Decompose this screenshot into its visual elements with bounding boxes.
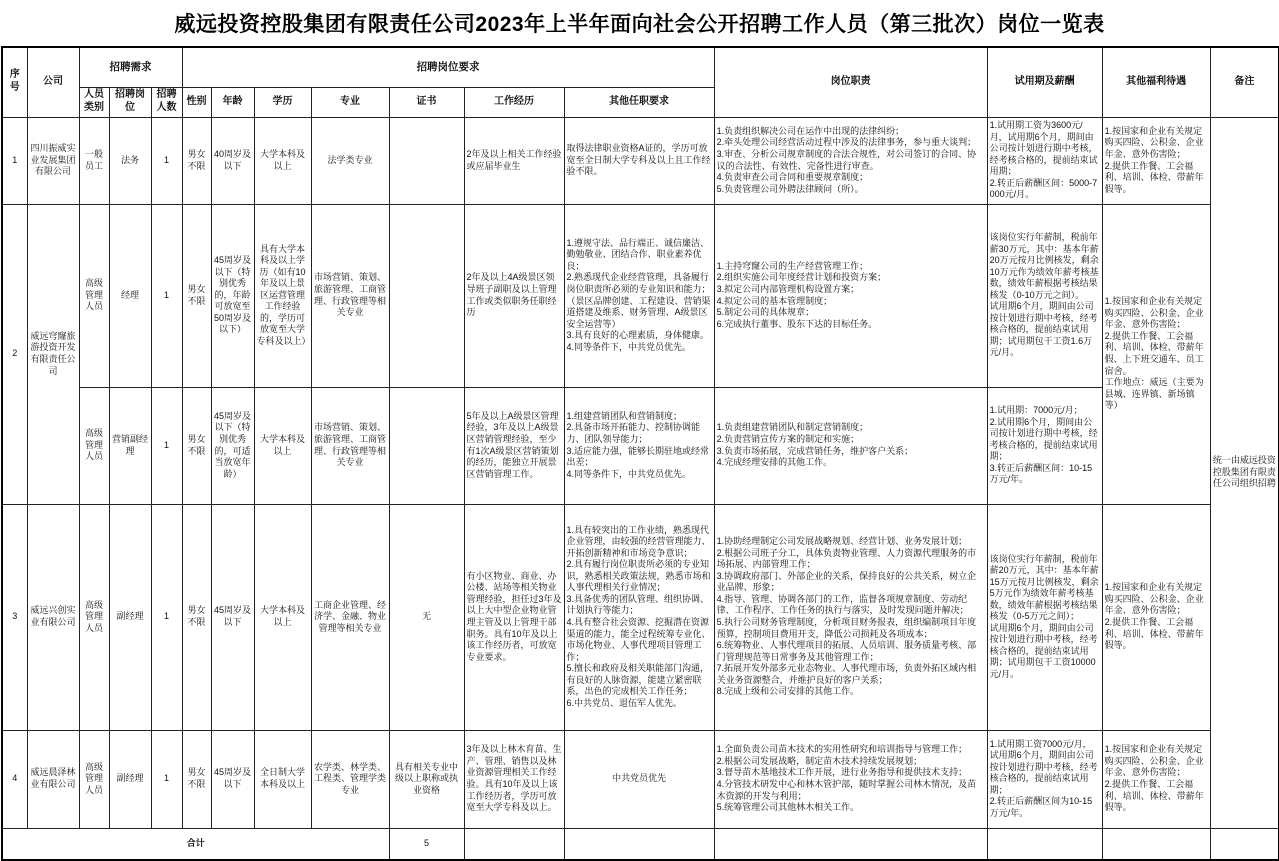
- r1-category: 一般员工: [79, 117, 109, 204]
- col-header-gender: 性别: [182, 87, 211, 117]
- r4-count: 1: [151, 730, 182, 828]
- r4-no: 4: [2, 730, 27, 828]
- r1-experience: 2年及以上相关工作经验或应届毕业生: [464, 117, 564, 204]
- total-empty-cell: [1210, 828, 1279, 860]
- r2b-education: 大学本科及以上: [254, 387, 311, 504]
- r3-other-req: 1.具有较突出的工作业绩，熟悉现代企业管理，由较强的经营管理能力、开拓创新精神和…: [564, 504, 714, 730]
- r2-welfare: 1.按国家和企业有关规定购买四险、公积金、企业年金、意外伤害险； 2.提供工作餐…: [1102, 204, 1210, 504]
- r2a-category: 高级管理人员: [79, 204, 109, 387]
- page-title: 威远投资控股集团有限责任公司2023年上半年面向社会公开招聘工作人员（第三批次）…: [0, 0, 1279, 46]
- r2b-experience: 5年及以上A级景区管理经验，3年及以上A级景区营销管理经验，至少有1次A级景区营…: [464, 387, 564, 504]
- col-header-position: 招聘岗位: [109, 87, 151, 117]
- r1-gender: 男女不限: [182, 117, 211, 204]
- r2a-age: 45周岁及以下（特别优秀的，年龄可放宽至50周岁及以下）: [211, 204, 254, 387]
- r2b-count: 1: [151, 387, 182, 504]
- r4-company: 威远晨泽林业有限公司: [27, 730, 79, 828]
- r2-no: 2: [2, 204, 27, 504]
- col-header-welfare: 其他福利待遇: [1102, 47, 1210, 117]
- r2a-position: 经理: [109, 204, 151, 387]
- recruitment-table: 序号 公司 招聘需求 招聘岗位要求 岗位职责 试用期及薪酬 其他福利待遇 备注 …: [1, 46, 1279, 861]
- r2b-duty: 1.负责组建营销团队和制定营销制度； 2.负责营销宣传方案的制定和实施； 3.负…: [714, 387, 987, 504]
- col-header-cert: 证书: [389, 87, 464, 117]
- r3-cert: 无: [389, 504, 464, 730]
- r4-age: 45周岁及以下: [211, 730, 254, 828]
- r3-duty: 1.协助经理制定公司发展战略规划、经营计划、业务发展计划； 2.根据公司班子分工…: [714, 504, 987, 730]
- r2b-cert: [389, 387, 464, 504]
- r2a-experience: 2年及以上4A级景区领导班子副职及以上管理工作或类似职务任职经历: [464, 204, 564, 387]
- r4-cert: 具有相关专业中级以上职称或执业资格: [389, 730, 464, 828]
- r2b-major: 市场营销、策划、旅游管理、工商管理、行政管理等相关专业: [311, 387, 389, 504]
- r3-category: 高级管理人员: [79, 504, 109, 730]
- r4-experience: 3年及以上林木育苗、生产、管理、销售以及林业资源管理相关工作经验。具有10年及以…: [464, 730, 564, 828]
- col-header-note: 备注: [1210, 47, 1279, 117]
- r1-count: 1: [151, 117, 182, 204]
- col-header-category: 人员类别: [79, 87, 109, 117]
- recruitment-sheet: 威远投资控股集团有限责任公司2023年上半年面向社会公开招聘工作人员（第三批次）…: [0, 0, 1279, 861]
- col-header-duty: 岗位职责: [714, 47, 987, 117]
- table-row: 高级管理人员 营销副经理 1 男女不限 45周岁及以下（特别优秀的，可适当放宽年…: [2, 387, 1279, 504]
- r3-no: 3: [2, 504, 27, 730]
- r1-age: 40周岁及以下: [211, 117, 254, 204]
- r2-company: 威远穹窿旅游投资开发有限责任公司: [27, 204, 79, 504]
- r2a-count: 1: [151, 204, 182, 387]
- r1-no: 1: [2, 117, 27, 204]
- col-group-demand: 招聘需求: [79, 47, 182, 87]
- table-row: 2 威远穹窿旅游投资开发有限责任公司 高级管理人员 经理 1 男女不限 45周岁…: [2, 204, 1279, 387]
- r2b-other-req: 1.组建营销团队和营销制度； 2.具备市场开拓能力、控制协调能力、团队领导能力；…: [564, 387, 714, 504]
- r4-salary: 1.试用期工资7000元/月，试用期6个月，期间由公司按计划进行期中考核，经考核…: [987, 730, 1102, 828]
- r1-other-req: 取得法律职业资格A证的，学历可放宽至全日制大学专科及以上且工作经验不限。: [564, 117, 714, 204]
- r2b-salary: 1.试用期：7000元/月； 2.试用期6个月，期间由公司按计划进行期中考核，经…: [987, 387, 1102, 504]
- r3-salary: 该岗位实行年薪制，税前年薪20万元，其中：基本年薪15万元按月比例核发，剩余5万…: [987, 504, 1102, 730]
- col-header-salary: 试用期及薪酬: [987, 47, 1102, 117]
- r4-welfare: 1.按国家和企业有关规定购买四险、公积金、企业年金、意外伤害险； 2.提供工作餐…: [1102, 730, 1210, 828]
- r4-other-req: 中共党员优先: [564, 730, 714, 828]
- header-group-row: 序号 公司 招聘需求 招聘岗位要求 岗位职责 试用期及薪酬 其他福利待遇 备注: [2, 47, 1279, 87]
- table-row: 1 四川振威实业发展集团有限公司 一般员工 法务 1 男女不限 40周岁及以下 …: [2, 117, 1279, 204]
- r3-experience: 有小区物业、商业、办公楼、站场等相关物业管理经验，担任过3年及以上大中型企业物业…: [464, 504, 564, 730]
- r3-count: 1: [151, 504, 182, 730]
- r2a-duty: 1.主持穹窿公司的生产经营管理工作； 2.组织实施公司年度经营计划和投资方案； …: [714, 204, 987, 387]
- r4-position: 副经理: [109, 730, 151, 828]
- r2a-gender: 男女不限: [182, 204, 211, 387]
- r3-company: 威远兴创实业有限公司: [27, 504, 79, 730]
- total-count: 5: [389, 828, 464, 860]
- total-label: 合计: [2, 828, 389, 860]
- r1-education: 大学本科及以上: [254, 117, 311, 204]
- r3-age: 45周岁及以下: [211, 504, 254, 730]
- r1-welfare: 1.按国家和企业有关规定购买四险、公积金、企业年金、意外伤害险； 2.提供工作餐…: [1102, 117, 1210, 204]
- r3-position: 副经理: [109, 504, 151, 730]
- r1-duty: 1.负责组织解决公司在运作中出现的法律纠纷； 2.牵头处理公司经营活动过程中涉及…: [714, 117, 987, 204]
- r1-position: 法务: [109, 117, 151, 204]
- r2b-category: 高级管理人员: [79, 387, 109, 504]
- shared-note: 统一由威远投资控股集团有限责任公司组织招聘: [1210, 117, 1279, 828]
- r4-duty: 1.全面负责公司苗木技术的实用性研究和培训指导与管理工作； 2.根据公司发展战略…: [714, 730, 987, 828]
- total-empty-cell: [464, 828, 564, 860]
- r2a-major: 市场营销、策划、旅游管理、工商管理、行政管理等相关专业: [311, 204, 389, 387]
- r3-major: 工商企业管理、经济学、金融、物业管理等相关专业: [311, 504, 389, 730]
- r4-education: 全日制大学本科及以上: [254, 730, 311, 828]
- r4-category: 高级管理人员: [79, 730, 109, 828]
- col-header-no: 序号: [2, 47, 27, 117]
- r3-gender: 男女不限: [182, 504, 211, 730]
- col-header-other-req: 其他任职要求: [564, 87, 714, 117]
- r4-major: 农学类、林学类、工程类、管理学类专业: [311, 730, 389, 828]
- col-header-company: 公司: [27, 47, 79, 117]
- r1-major: 法学类专业: [311, 117, 389, 204]
- r2a-education: 具有大学本科及以上学历（如有10年及以上景区运营管理工作经验的，学历可放宽至大学…: [254, 204, 311, 387]
- col-header-education: 学历: [254, 87, 311, 117]
- r3-welfare: 1.按国家和企业有关规定购买四险、公积金、企业年金、意外伤害险； 2.提供工作餐…: [1102, 504, 1210, 730]
- col-header-count: 招聘人数: [151, 87, 182, 117]
- total-row: 合计 5: [2, 828, 1279, 860]
- table-row: 4 威远晨泽林业有限公司 高级管理人员 副经理 1 男女不限 45周岁及以下 全…: [2, 730, 1279, 828]
- col-header-age: 年龄: [211, 87, 254, 117]
- col-header-experience: 工作经历: [464, 87, 564, 117]
- total-empty-cell: [564, 828, 714, 860]
- r4-gender: 男女不限: [182, 730, 211, 828]
- r2b-position: 营销副经理: [109, 387, 151, 504]
- r1-salary: 1.试用期工资为3600元/月，试用期6个月，期间由公司按计划进行期中考核，经考…: [987, 117, 1102, 204]
- r2a-cert: [389, 204, 464, 387]
- r2a-salary: 该岗位实行年薪制，税前年薪30万元，其中：基本年薪20万元按月比例核发，剩余10…: [987, 204, 1102, 387]
- total-empty-cell: [1102, 828, 1210, 860]
- r2b-gender: 男女不限: [182, 387, 211, 504]
- col-group-requirements: 招聘岗位要求: [182, 47, 714, 87]
- r2a-other-req: 1.遵规守法、品行端正、诚信廉洁、勤勉敬业、团结合作、职业素养优良； 2.熟悉现…: [564, 204, 714, 387]
- r1-cert: [389, 117, 464, 204]
- r3-education: 大学本科及以上: [254, 504, 311, 730]
- total-empty-cell: [987, 828, 1102, 860]
- col-header-major: 专业: [311, 87, 389, 117]
- table-row: 3 威远兴创实业有限公司 高级管理人员 副经理 1 男女不限 45周岁及以下 大…: [2, 504, 1279, 730]
- r2b-age: 45周岁及以下（特别优秀的，可适当放宽年龄）: [211, 387, 254, 504]
- r1-company: 四川振威实业发展集团有限公司: [27, 117, 79, 204]
- total-empty-cell: [714, 828, 987, 860]
